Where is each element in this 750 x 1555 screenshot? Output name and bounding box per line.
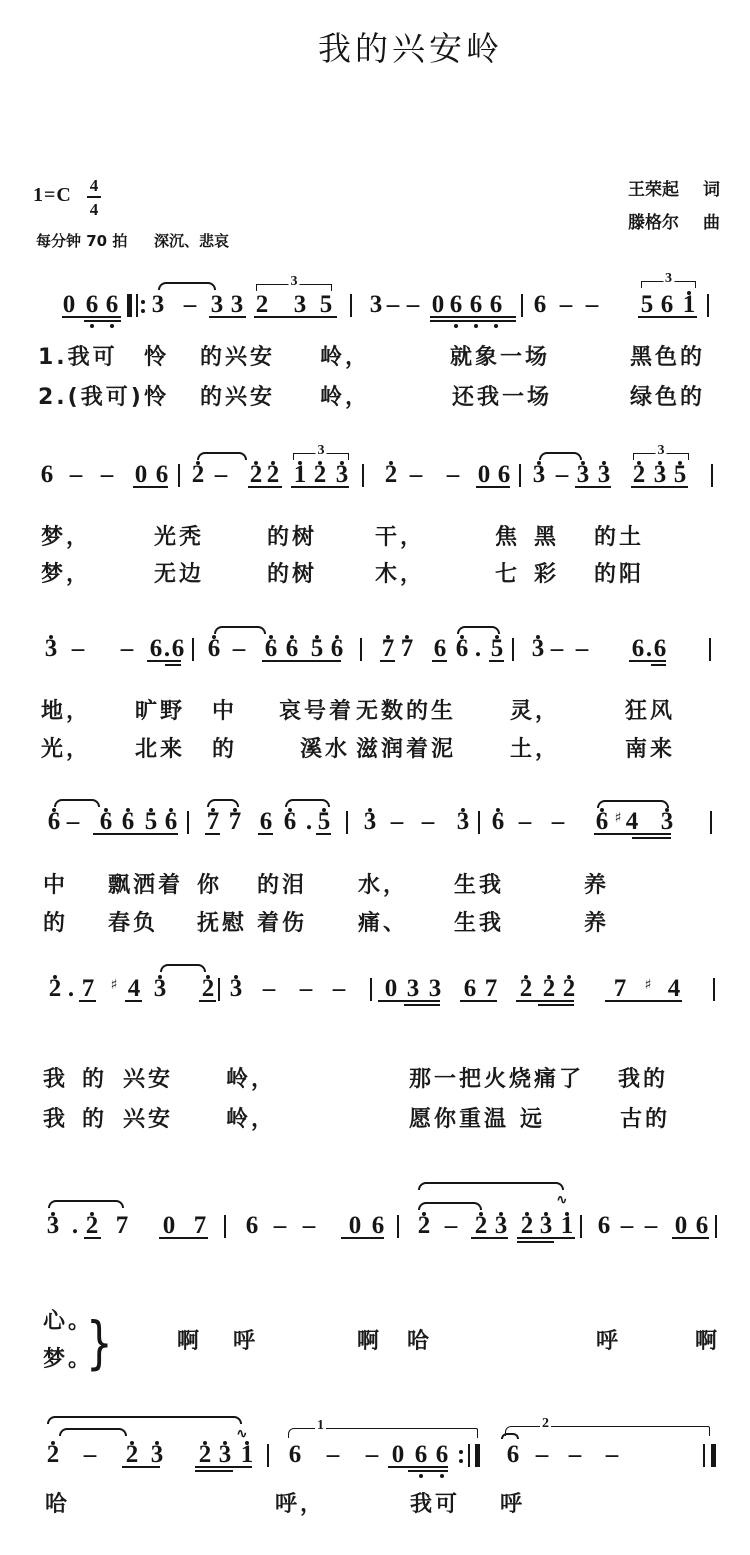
tie-arc — [54, 799, 100, 807]
time-signature: 4 4 — [87, 177, 101, 218]
beam-line — [380, 660, 395, 662]
lyric: 焦 — [495, 526, 520, 550]
note: 6 — [469, 292, 483, 317]
barline — [350, 294, 352, 317]
lyric: 我的 — [618, 1068, 668, 1092]
triplet-bracket: 3 — [293, 453, 349, 460]
extension-dash: – — [620, 1213, 634, 1238]
lyric: 远 — [520, 1108, 545, 1132]
lyricist-role: 词 — [703, 180, 720, 200]
beam-line — [205, 833, 220, 835]
extension-dash: – — [585, 292, 599, 317]
note: 6 — [330, 636, 344, 661]
tie-arc — [207, 799, 239, 807]
beam-line — [605, 1000, 682, 1002]
note: 6 — [695, 1213, 709, 1238]
extension-dash: – — [518, 809, 532, 834]
note: 3 — [539, 1213, 553, 1238]
note: 0 — [62, 292, 76, 317]
extension-dash: – — [568, 1442, 582, 1467]
note: 3 — [660, 809, 674, 834]
score-page: 我的兴安岭 1=C 4 4 每分钟 70 拍 深沉、悲哀 王荣起 词 滕格尔 曲… — [0, 0, 750, 1555]
note: 6 — [155, 462, 169, 487]
repeat-end-thin-bar — [468, 1444, 470, 1467]
note: 6 — [371, 1213, 385, 1238]
lyric: 溪水 — [300, 738, 350, 762]
lyric: 中 — [212, 700, 237, 724]
augmentation-dot: . — [302, 809, 316, 834]
note: 3 — [494, 1213, 508, 1238]
note: 6 — [40, 462, 54, 487]
note: 0 — [477, 462, 491, 487]
lyric: 哀号着 — [279, 700, 354, 724]
note: 4 — [667, 976, 681, 1001]
note: 3 — [406, 976, 420, 1001]
note: 2 — [632, 462, 646, 487]
note: 3 — [428, 976, 442, 1001]
note: 4 — [625, 809, 639, 834]
extension-dash: – — [575, 636, 589, 661]
note: 2 — [255, 292, 269, 317]
lyric: 哈 — [45, 1493, 70, 1517]
tie-arc — [160, 964, 206, 972]
lyric: 我 — [43, 1068, 68, 1092]
beam-line — [575, 486, 611, 488]
fraction-line — [87, 196, 101, 198]
lyric: 的阳 — [594, 563, 644, 587]
extension-dash: – — [605, 1442, 619, 1467]
beam-line — [195, 1466, 252, 1468]
beam-line — [147, 660, 181, 662]
beam-line — [262, 660, 341, 662]
lyric: 养 — [584, 912, 609, 936]
phrase-slur-arc — [47, 1416, 242, 1424]
lyric: 呼 — [500, 1493, 525, 1517]
beam-line — [378, 1000, 440, 1002]
staff-line-3: 3 – – 6 . 6 6 – 6 6 5 6 7 7 6 6 . 5 3 – … — [0, 636, 750, 676]
sharp-accidental: ♯ — [109, 978, 119, 992]
barline — [346, 811, 348, 834]
tie-arc — [197, 452, 247, 460]
note: 6 — [259, 809, 273, 834]
note: 2 — [85, 1213, 99, 1238]
repeat-start-thick-bar — [127, 294, 132, 317]
lyric: 干， — [375, 526, 425, 550]
lyric: 梦， — [41, 526, 91, 550]
note: 3 — [44, 636, 58, 661]
note: 3 — [532, 462, 546, 487]
extension-dash: – — [71, 636, 85, 661]
lyric: 的泪 — [257, 874, 307, 898]
lyric: 木， — [375, 563, 425, 587]
lyric: 呼 — [596, 1330, 621, 1354]
note: 7 — [613, 976, 627, 1001]
beam-line-double — [651, 664, 666, 666]
note: 3 — [153, 976, 167, 1001]
lyric: 岭， — [320, 386, 370, 410]
lyric: 的土 — [594, 526, 644, 550]
repeat-end-thick-bar — [475, 1444, 480, 1467]
note: 6 — [245, 1213, 259, 1238]
note: 7 — [484, 976, 498, 1001]
augmentation-dot: . — [471, 636, 485, 661]
beam-line — [388, 1466, 448, 1468]
augmentation-dot: . — [64, 976, 78, 1001]
lyric: 1.我可 — [38, 346, 118, 370]
beam-line — [432, 660, 447, 662]
barline — [187, 811, 189, 834]
final-thick-bar — [711, 1444, 716, 1467]
beam-line — [516, 1000, 574, 1002]
note: 1 — [240, 1442, 254, 1467]
lyric: 呼 — [233, 1330, 258, 1354]
lyric: 七 — [495, 563, 520, 587]
beam-line — [93, 833, 178, 835]
extension-dash: – — [550, 636, 564, 661]
beam-line-double — [404, 1004, 440, 1006]
staff-line-7: 2 – 2 3 2 3 1 6 – – 0 6 6 6 – – – ∿ 1 2 — [0, 1442, 750, 1482]
extension-dash: – — [69, 462, 83, 487]
note: 7 — [228, 809, 242, 834]
beam-line — [258, 833, 273, 835]
lyric: 岭， — [226, 1108, 276, 1132]
note: 5 — [317, 809, 331, 834]
staff-line-4: 6 – 6 6 5 6 7 7 6 6 . 5 3 – – 3 6 – – 6 … — [0, 809, 750, 849]
lyric: 古的 — [620, 1108, 670, 1132]
composer-name: 滕格尔 — [628, 213, 679, 233]
barline — [710, 811, 712, 834]
note: 3 — [363, 809, 377, 834]
extension-dash: – — [535, 1442, 549, 1467]
barline — [224, 1215, 226, 1238]
key-signature: 1=C — [33, 183, 72, 207]
beam-line-double — [195, 1470, 233, 1472]
note: 6 — [283, 809, 297, 834]
barline — [713, 978, 715, 1001]
beam-line — [254, 316, 337, 318]
note: 6 — [595, 809, 609, 834]
triplet-number: 3 — [316, 444, 327, 458]
note: 6 — [653, 636, 667, 661]
note: 0 — [384, 976, 398, 1001]
beam-line — [122, 1466, 160, 1468]
beam-line-double — [408, 1470, 448, 1472]
lyric: 啊 — [177, 1330, 202, 1354]
note: 6 — [435, 1442, 449, 1467]
note: 7 — [115, 1213, 129, 1238]
barline — [519, 464, 521, 487]
lyric: 2.(我可) — [38, 386, 144, 410]
lyric: 还我一场 — [452, 386, 552, 410]
barline — [370, 978, 372, 1001]
note: 6 — [207, 636, 221, 661]
note: 3 — [229, 976, 243, 1001]
beam-line — [638, 316, 697, 318]
extension-dash: – — [555, 462, 569, 487]
note: 6 — [285, 636, 299, 661]
slur-arc — [285, 799, 330, 807]
lyric: 北来 — [135, 738, 185, 762]
lyric: 绿色的 — [630, 386, 705, 410]
lyric: 的树 — [267, 563, 317, 587]
note: 3 — [230, 292, 244, 317]
staff-line-6: 3 . 2 7 0 7 6 – – 0 6 2 – 2 3 2 3 1 6 – … — [0, 1213, 750, 1253]
lyric: 光， — [41, 738, 91, 762]
note: 5 — [144, 809, 158, 834]
sharp-accidental: ♯ — [643, 978, 653, 992]
song-title: 我的兴安岭 — [318, 30, 503, 68]
note: 3 — [293, 292, 307, 317]
repeat-start-thin-bar — [136, 294, 138, 317]
lyric: 旷野 — [135, 700, 185, 724]
slur-arc — [457, 626, 500, 634]
note: 2 — [201, 976, 215, 1001]
extension-dash: – — [386, 292, 400, 317]
note: 2 — [384, 462, 398, 487]
note: 3 — [597, 462, 611, 487]
barline — [521, 294, 523, 317]
time-signature-denominator: 4 — [87, 201, 101, 218]
lyric: 土， — [510, 738, 560, 762]
note: 1 — [682, 292, 696, 317]
triplet-bracket: 3 — [256, 284, 332, 291]
sharp-accidental: ♯ — [613, 811, 623, 825]
note: 6 — [414, 1442, 428, 1467]
beam-line — [199, 1000, 216, 1002]
note: 7 — [81, 976, 95, 1001]
note: 2 — [198, 1442, 212, 1467]
slur-arc — [597, 800, 669, 808]
beam-line-double — [517, 1241, 554, 1243]
note: 4 — [127, 976, 141, 1001]
beam-line — [316, 833, 331, 835]
lyric: 光秃 — [154, 526, 204, 550]
note: 2 — [474, 1213, 488, 1238]
note: 1 — [560, 1213, 574, 1238]
lyric: 南来 — [625, 738, 675, 762]
triplet-number: 3 — [656, 444, 667, 458]
note: 3 — [335, 462, 349, 487]
barline — [218, 978, 220, 1001]
extension-dash: – — [66, 809, 80, 834]
time-signature-numerator: 4 — [87, 177, 101, 194]
beam-line — [430, 316, 516, 318]
barline — [360, 638, 362, 661]
volta-number: 2 — [540, 1417, 551, 1431]
note: 6 — [463, 976, 477, 1001]
extension-dash: – — [120, 636, 134, 661]
note: 7 — [381, 636, 395, 661]
note: 3 — [369, 292, 383, 317]
beam-line — [341, 1237, 384, 1239]
extension-dash: – — [326, 1442, 340, 1467]
extension-dash: – — [332, 976, 346, 1001]
lyric: 的树 — [267, 526, 317, 550]
lyric: 的 — [82, 1108, 107, 1132]
lyric: 那一把火烧痛了 — [409, 1068, 584, 1092]
lyric: 兴安 — [123, 1068, 173, 1092]
note: 6 — [85, 292, 99, 317]
first-ending-bracket: 1 — [288, 1428, 478, 1438]
barline — [580, 1215, 582, 1238]
extension-dash: – — [409, 462, 423, 487]
note: 6 — [597, 1213, 611, 1238]
note: 3 — [150, 1442, 164, 1467]
extension-dash: – — [559, 292, 573, 317]
lyric: 我可 — [410, 1493, 460, 1517]
note: 2 — [313, 462, 327, 487]
beam-line — [159, 1237, 208, 1239]
lyric: 无数的生 — [356, 700, 456, 724]
extension-dash: – — [446, 462, 460, 487]
note: 2 — [125, 1442, 139, 1467]
lyric: 飘洒着 — [108, 874, 183, 898]
tie-arc — [539, 452, 582, 460]
extension-dash: – — [644, 1213, 658, 1238]
barline — [267, 1444, 269, 1467]
lyric: 滋润着泥 — [356, 738, 456, 762]
beam-line — [79, 1000, 96, 1002]
beam-line — [476, 486, 510, 488]
beam-line — [291, 486, 349, 488]
note: 3 — [218, 1442, 232, 1467]
slur-arc — [59, 1428, 127, 1436]
lyric: 呼， — [275, 1493, 325, 1517]
note: 6 — [264, 636, 278, 661]
beam-line — [629, 660, 666, 662]
note: 7 — [206, 809, 220, 834]
extension-dash: – — [232, 636, 246, 661]
extension-dash: – — [273, 1213, 287, 1238]
lyric: 怜 — [144, 346, 169, 370]
note: 2 — [46, 1442, 60, 1467]
lyric: 的 — [212, 738, 237, 762]
lyric: 啊 — [695, 1330, 720, 1354]
lyric: 地， — [41, 700, 91, 724]
note: 6 — [288, 1442, 302, 1467]
lyric: 无边 — [154, 563, 204, 587]
extension-dash: – — [100, 462, 114, 487]
lyric: 养 — [584, 874, 609, 898]
beam-line-double — [538, 1004, 574, 1006]
barline — [707, 294, 709, 317]
staff-line-1: 0 6 6 3 – 3 3 2 3 5 3 – – 0 6 6 6 6 – – … — [0, 292, 750, 332]
barline — [512, 638, 514, 661]
brace-icon: } — [86, 1303, 113, 1384]
lyric: 就象一场 — [450, 346, 550, 370]
slur-arc — [48, 1200, 124, 1208]
beam-line — [672, 1237, 709, 1239]
beam-line-double — [165, 664, 181, 666]
note: 2 — [249, 462, 263, 487]
note: 2 — [520, 1213, 534, 1238]
triplet-bracket: 3 — [641, 281, 696, 288]
note: 3 — [531, 636, 545, 661]
lyric: 愿你重温 — [409, 1108, 509, 1132]
lyric: 的 — [43, 912, 68, 936]
note: 6 — [47, 809, 61, 834]
barline — [178, 464, 180, 487]
barline — [709, 638, 711, 661]
staff-line-5: 2 . 7 ♯ 4 3 2 3 – – – 0 3 3 6 7 2 2 2 7 … — [0, 976, 750, 1016]
volta-number: 1 — [315, 1419, 326, 1433]
note: 5 — [319, 292, 333, 317]
beam-line — [62, 316, 121, 318]
beam-line — [84, 1237, 101, 1239]
note: 3 — [456, 809, 470, 834]
lyric: 的 — [82, 1068, 107, 1092]
extension-dash: – — [444, 1213, 458, 1238]
lyric: 抚慰 — [197, 912, 247, 936]
note: 1 — [293, 462, 307, 487]
note: 0 — [674, 1213, 688, 1238]
lyric: 春负 — [108, 912, 158, 936]
note: 7 — [193, 1213, 207, 1238]
note: 5 — [490, 636, 504, 661]
lyric: 怜 — [144, 386, 169, 410]
triplet-bracket: 3 — [633, 453, 689, 460]
beam-line — [594, 833, 671, 835]
extension-dash: – — [551, 809, 565, 834]
lyric: 着伤 — [257, 912, 307, 936]
lyric: 黑 — [534, 526, 559, 550]
note: 6 — [660, 292, 674, 317]
beam-line — [517, 1237, 575, 1239]
tie-arc — [158, 282, 216, 290]
lyric: 啊 — [357, 1330, 382, 1354]
note: 2 — [562, 976, 576, 1001]
triplet-number: 3 — [289, 275, 300, 289]
slur-arc — [418, 1202, 482, 1210]
note: 6 — [449, 292, 463, 317]
note: 6 — [99, 809, 113, 834]
extension-dash: – — [299, 976, 313, 1001]
note: 2 — [542, 976, 556, 1001]
lyric: 彩 — [534, 563, 559, 587]
lyric: 梦， — [41, 563, 91, 587]
note: 6 — [433, 636, 447, 661]
note: 6 — [491, 809, 505, 834]
beam-line — [125, 1000, 142, 1002]
lyric: 岭， — [320, 346, 370, 370]
barline — [478, 811, 480, 834]
triplet-number: 3 — [663, 272, 674, 286]
note: 6 — [121, 809, 135, 834]
note: 6 — [171, 636, 185, 661]
note: 5 — [673, 462, 687, 487]
note: 5 — [310, 636, 324, 661]
beam-line — [209, 316, 246, 318]
note: 0 — [348, 1213, 362, 1238]
extension-dash: – — [183, 292, 197, 317]
extension-dash: – — [262, 976, 276, 1001]
repeat-colon — [141, 300, 145, 314]
note: 3 — [653, 462, 667, 487]
lyric: 的兴安 — [200, 346, 275, 370]
beam-line — [133, 486, 168, 488]
phrase-slur-arc — [418, 1182, 564, 1190]
note: 2 — [417, 1213, 431, 1238]
lyric: 生我 — [454, 912, 504, 936]
lyric: 兴安 — [123, 1108, 173, 1132]
second-ending-bracket: 2 — [505, 1426, 710, 1436]
lyric: 黑色的 — [630, 346, 705, 370]
note: 0 — [431, 292, 445, 317]
note: 3 — [46, 1213, 60, 1238]
augmentation-dot: . — [68, 1213, 82, 1238]
extension-dash: – — [302, 1213, 316, 1238]
note: 0 — [134, 462, 148, 487]
